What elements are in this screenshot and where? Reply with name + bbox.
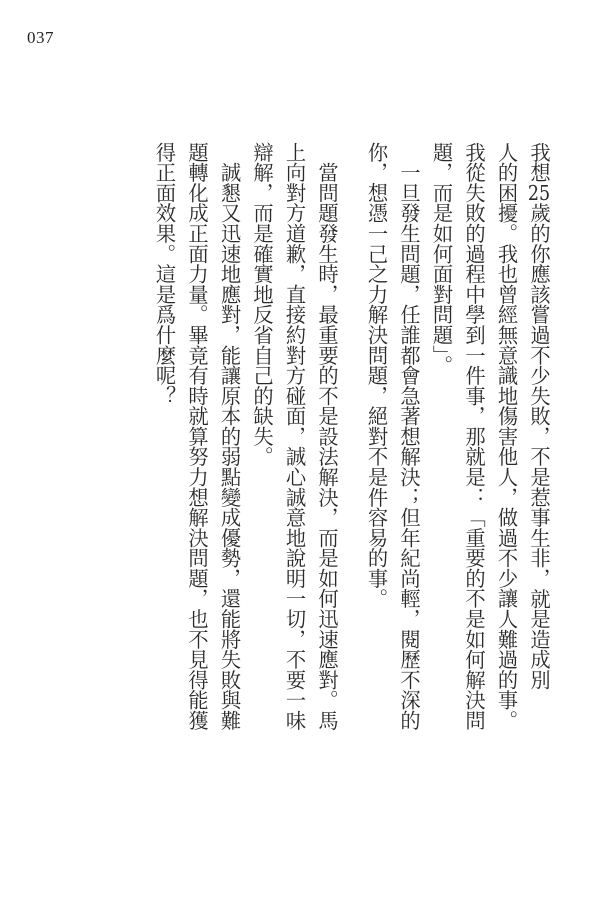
text-column-11: 題轉化成正面力量。畢竟有時就算努力想解決問題，也不見得能獲 <box>181 142 214 722</box>
text-column-12: 得正面效果。這是爲什麼呢？ <box>148 142 181 722</box>
text-column-4: 題，而是如何面對問題」。 <box>425 142 458 722</box>
text-column-6: 你，想憑一己之力解決問題，絕對不是件容易的事。 <box>360 142 393 722</box>
page-number: 037 <box>27 28 54 48</box>
text-column-2: 人的困擾。我也曾經無意識地傷害他人，做過不少讓人難過的事。 <box>490 142 523 722</box>
vertical-text-body: 我想25歲的你應該嘗過不少失敗，不是惹事生非，就是造成別 人的困擾。我也曾經無意… <box>148 142 555 722</box>
text-column-5: 一旦發生問題，任誰都會急著想解決；但年紀尚輕，閱歷不深的 <box>393 142 426 722</box>
text-segment: 我想 <box>527 142 551 183</box>
text-column-9: 辯解，而是確實地反省自己的缺失。 <box>246 142 279 722</box>
text-segment: 歲的你應該嘗過不少失敗，不是惹事生非，就是造成別 <box>527 203 551 690</box>
paragraph-gap <box>343 142 360 722</box>
text-column-8: 上向對方道歉，直接約對方碰面，誠心誠意地說明一切，不要一味 <box>278 142 311 722</box>
text-column-10: 誠懇又迅速地應對，能讓原本的弱點變成優勢，還能將失敗與難 <box>213 142 246 722</box>
age-number: 25 <box>527 183 551 203</box>
text-column-7: 當問題發生時，最重要的不是設法解決，而是如何迅速應對。馬 <box>311 142 344 722</box>
text-column-3: 我從失敗的過程中學到一件事，那就是：「重要的不是如何解決問 <box>458 142 491 722</box>
text-column-1: 我想25歲的你應該嘗過不少失敗，不是惹事生非，就是造成別 <box>523 142 556 722</box>
